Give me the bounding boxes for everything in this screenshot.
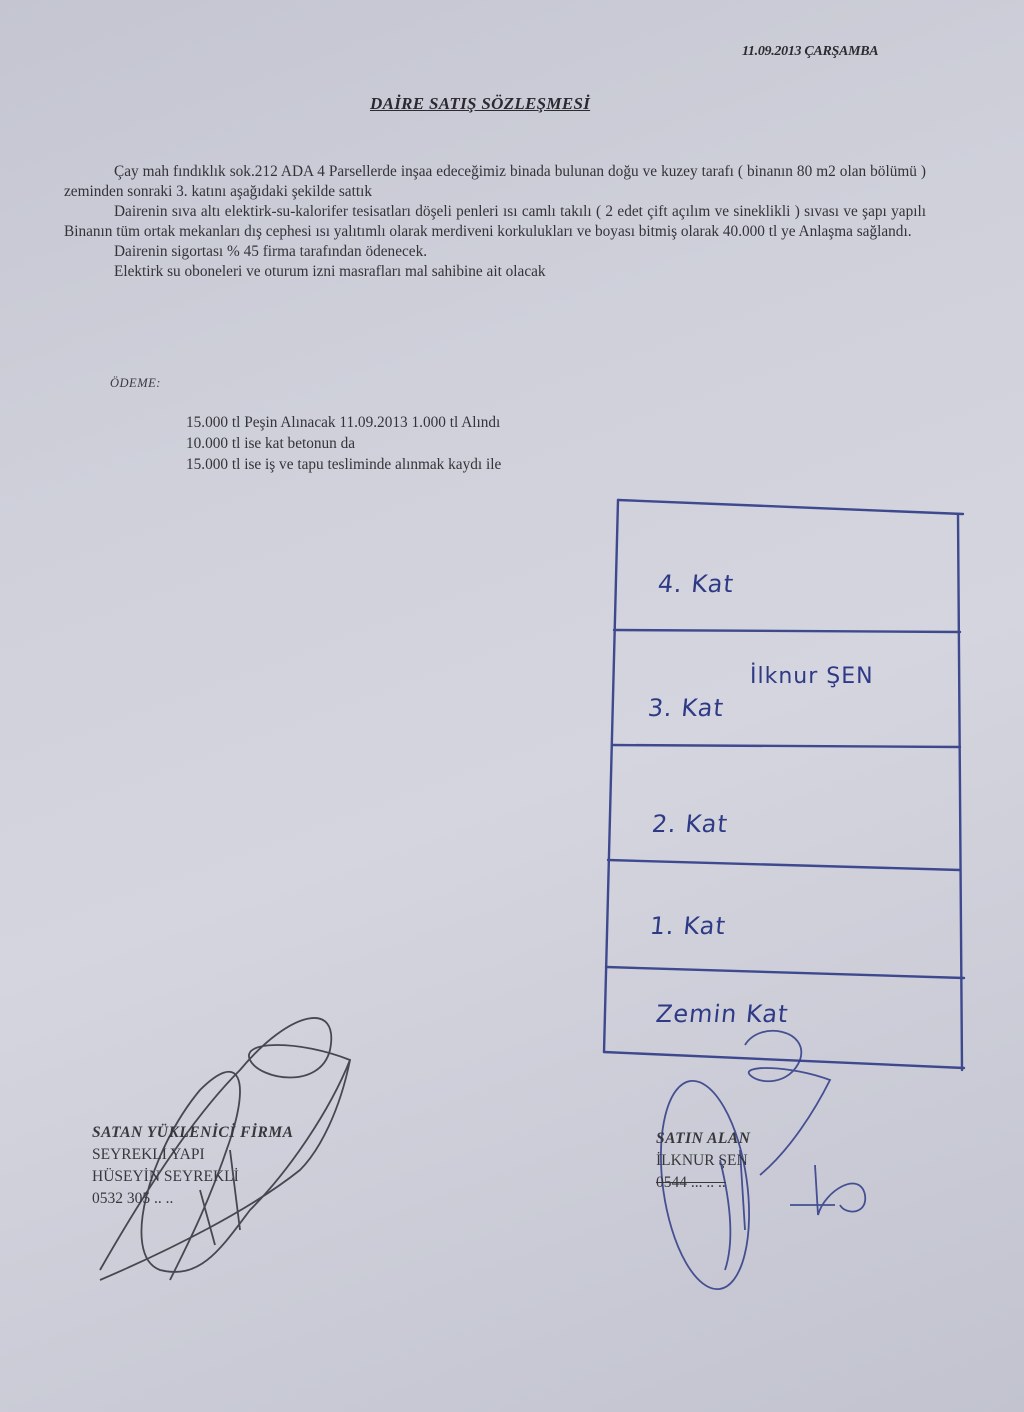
document-date: 11.09.2013 ÇARŞAMBA xyxy=(742,44,878,60)
payment-line: 10.000 tl ise kat betonun da xyxy=(186,433,501,454)
seller-name: HÜSEYİN SEYREKLİ xyxy=(92,1166,293,1188)
scanned-contract-page: 11.09.2013 ÇARŞAMBA DAİRE SATIŞ SÖZLEŞME… xyxy=(0,0,1024,1412)
buyer-name: İLKNUR ŞEN xyxy=(656,1150,750,1172)
seller-title: SATAN YÜKLENİCİ FİRMA xyxy=(92,1122,293,1144)
document-title: DAİRE SATIŞ SÖZLEŞMESİ xyxy=(370,94,590,114)
payment-schedule: 15.000 tl Peşin Alınacak 11.09.2013 1.00… xyxy=(186,412,501,475)
seller-company: SEYREKLİ YAPI xyxy=(92,1144,293,1166)
floor-label: 2. Kat xyxy=(651,810,730,838)
paragraph-utilities: Elektirk su oboneleri ve oturum izni mas… xyxy=(64,262,926,282)
floor-label: Zemin Kat xyxy=(655,1000,790,1028)
paragraph-specification: Dairenin sıva altı elektirk-su-kalorifer… xyxy=(64,202,926,242)
contract-body: Çay mah fındıklık sok.212 ADA 4 Parselle… xyxy=(64,162,926,282)
floor-label: 1. Kat xyxy=(649,912,728,940)
seller-phone: 0532 305 .. .. xyxy=(92,1188,293,1210)
floor-label: 3. Kat xyxy=(647,694,726,722)
buyer-name-note: İlknur ŞEN xyxy=(750,664,874,689)
payment-line: 15.000 tl Peşin Alınacak 11.09.2013 1.00… xyxy=(186,412,501,433)
floor-label: 4. Kat xyxy=(657,570,736,598)
buyer-phone: 0544 ... .. .. xyxy=(656,1172,750,1194)
buyer-title: SATIN ALAN xyxy=(656,1128,750,1150)
paragraph-insurance: Dairenin sigortası % 45 firma tarafından… xyxy=(64,242,926,262)
payment-line: 15.000 tl ise iş ve tapu tesliminde alın… xyxy=(186,454,501,475)
seller-signature-block: SATAN YÜKLENİCİ FİRMA SEYREKLİ YAPI HÜSE… xyxy=(92,1122,293,1210)
buyer-signature-block: SATIN ALAN İLKNUR ŞEN 0544 ... .. .. xyxy=(656,1128,750,1194)
paragraph-property: Çay mah fındıklık sok.212 ADA 4 Parselle… xyxy=(64,162,926,202)
payment-heading: ÖDEME: xyxy=(110,376,161,391)
